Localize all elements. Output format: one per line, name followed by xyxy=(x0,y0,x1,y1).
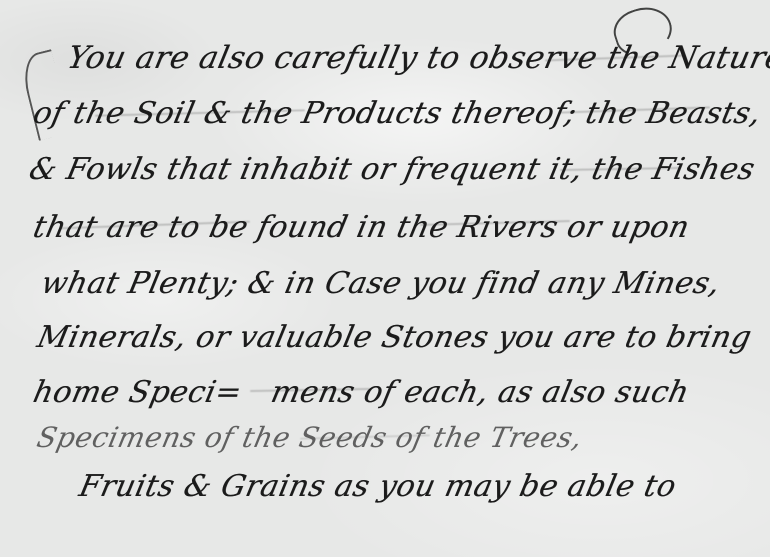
manuscript-line-3: & Fowls that inhabit or frequent it, the… xyxy=(26,152,758,187)
manuscript-line-4: that are to be found in the Rivers or up… xyxy=(30,210,693,245)
manuscript-line-5: what Plenty; & in Case you find any Mine… xyxy=(38,266,723,301)
manuscript-line-7: home Speci= mens of each, as also such xyxy=(30,375,692,410)
manuscript-page: You are also carefully to observe the Na… xyxy=(0,0,770,557)
manuscript-line-2: of the Soil & the Products thereof; the … xyxy=(30,96,764,131)
manuscript-line-9: Fruits & Grains as you may be able to xyxy=(76,469,679,504)
manuscript-line-6: Minerals, or valuable Stones you are to … xyxy=(34,320,755,355)
manuscript-line-1: You are also carefully to observe the Na… xyxy=(64,40,770,76)
manuscript-line-8: Specimens of the Seeds of the Trees, xyxy=(34,421,585,454)
